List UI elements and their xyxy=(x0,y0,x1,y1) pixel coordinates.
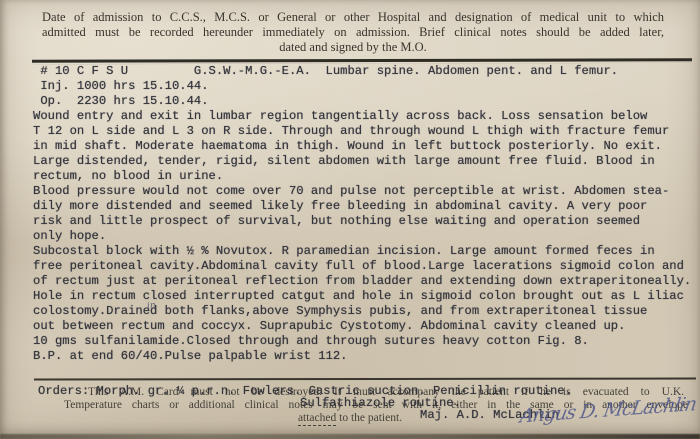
printed-header: Date of admission to C.C.S., M.C.S. or G… xyxy=(42,10,664,55)
thin-divider-rule xyxy=(34,378,696,381)
footer-underlined-word: attached xyxy=(298,412,336,426)
medical-record-card: Date of admission to C.C.S., M.C.S. or G… xyxy=(0,0,700,439)
typed-clinical-notes: # 10 C F S U G.S.W.-M.G.-E.A. Lumbar spi… xyxy=(33,64,691,364)
header-line-3: dated and signed by the M.O. xyxy=(42,40,664,55)
heavy-divider-rule xyxy=(32,58,692,62)
header-line-1: Date of admission to C.C.S., M.C.S. or G… xyxy=(42,10,664,25)
scan-edge-shadow xyxy=(0,434,700,439)
header-line-2: admitted must be recorded hereunder imme… xyxy=(42,25,664,40)
handwritten-insertion-note: in xyxy=(147,301,157,312)
footer-printed-line-3-rest: to the patient. xyxy=(336,412,402,424)
